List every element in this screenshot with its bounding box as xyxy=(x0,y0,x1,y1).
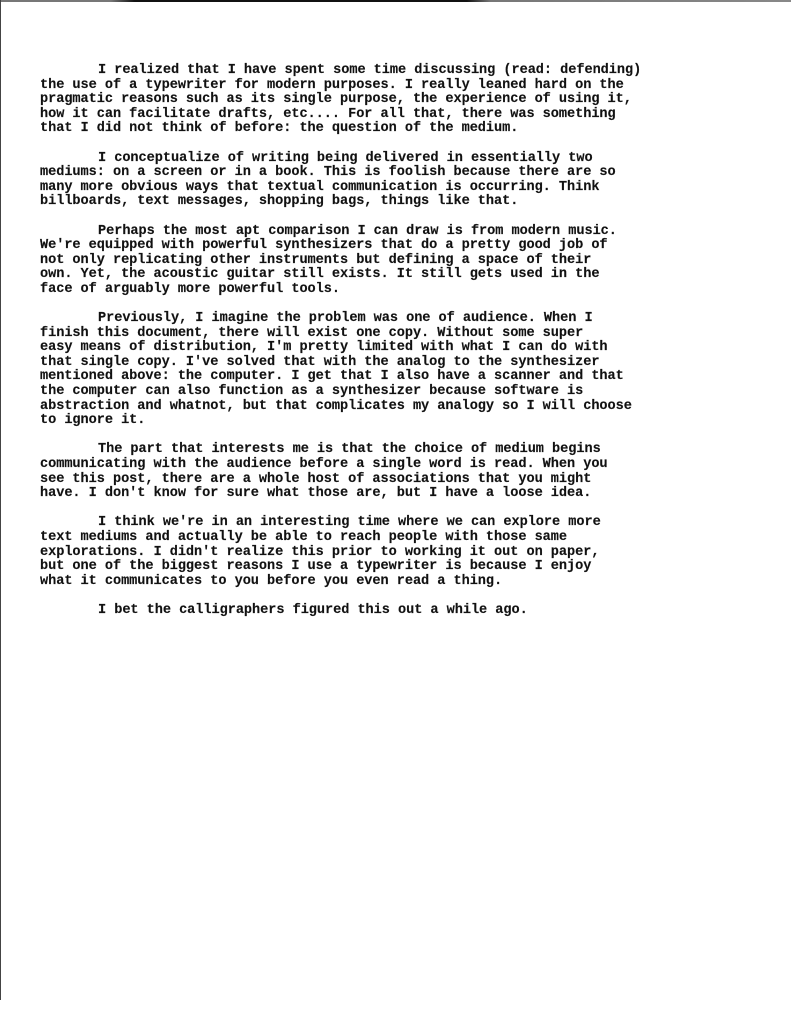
text-line: but one of the biggest reasons I use a t… xyxy=(40,560,780,575)
paragraph-2: I conceptualize of writing being deliver… xyxy=(40,152,780,210)
paragraph-5: The part that interests me is that the c… xyxy=(40,443,780,501)
text-line: Perhaps the most apt comparison I can dr… xyxy=(40,225,780,240)
text-line: easy means of distribution, I'm pretty l… xyxy=(40,341,780,356)
paragraph-6: I think we're in an interesting time whe… xyxy=(40,516,780,589)
text-line: see this post, there are a whole host of… xyxy=(40,473,780,488)
text-line: how it can facilitate drafts, etc.... Fo… xyxy=(40,108,780,123)
text-line: have. I don't know for sure what those a… xyxy=(40,487,780,502)
text-line: the use of a typewriter for modern purpo… xyxy=(40,79,780,94)
text-line: mentioned above: the computer. I get tha… xyxy=(40,370,780,385)
text-line: many more obvious ways that textual comm… xyxy=(40,181,780,196)
text-line: communicating with the audience before a… xyxy=(40,458,780,473)
scan-edge-top xyxy=(0,0,791,2)
paragraph-4: Previously, I imagine the problem was on… xyxy=(40,312,780,429)
text-line: I bet the calligraphers figured this out… xyxy=(40,604,780,619)
text-line: The part that interests me is that the c… xyxy=(40,443,780,458)
text-line: abstraction and whatnot, but that compli… xyxy=(40,400,780,415)
text-line: finish this document, there will exist o… xyxy=(40,327,780,342)
text-line: mediums: on a screen or in a book. This … xyxy=(40,166,780,181)
paragraph-3: Perhaps the most apt comparison I can dr… xyxy=(40,225,780,298)
text-line: Previously, I imagine the problem was on… xyxy=(40,312,780,327)
text-line: what it communicates to you before you e… xyxy=(40,575,780,590)
text-line: explorations. I didn't realize this prio… xyxy=(40,546,780,561)
text-line: that single copy. I've solved that with … xyxy=(40,356,780,371)
text-line: billboards, text messages, shopping bags… xyxy=(40,195,780,210)
text-line: text mediums and actually be able to rea… xyxy=(40,531,780,546)
paragraph-7: I bet the calligraphers figured this out… xyxy=(40,604,780,619)
text-line: the computer can also function as a synt… xyxy=(40,385,780,400)
text-line: own. Yet, the acoustic guitar still exis… xyxy=(40,268,780,283)
text-line: I conceptualize of writing being deliver… xyxy=(40,152,780,167)
text-line: that I did not think of before: the ques… xyxy=(40,122,780,137)
text-line: face of arguably more powerful tools. xyxy=(40,283,780,298)
text-line: to ignore it. xyxy=(40,414,780,429)
text-line: I think we're in an interesting time whe… xyxy=(40,516,780,531)
text-line: not only replicating other instruments b… xyxy=(40,254,780,269)
document-body: I realized that I have spent some time d… xyxy=(40,64,780,633)
text-line: pragmatic reasons such as its single pur… xyxy=(40,93,780,108)
typewritten-page: I realized that I have spent some time d… xyxy=(0,0,791,1023)
scan-edge-left xyxy=(0,0,1,1000)
paragraph-1: I realized that I have spent some time d… xyxy=(40,64,780,137)
text-line: I realized that I have spent some time d… xyxy=(40,64,780,79)
text-line: We're equipped with powerful synthesizer… xyxy=(40,239,780,254)
